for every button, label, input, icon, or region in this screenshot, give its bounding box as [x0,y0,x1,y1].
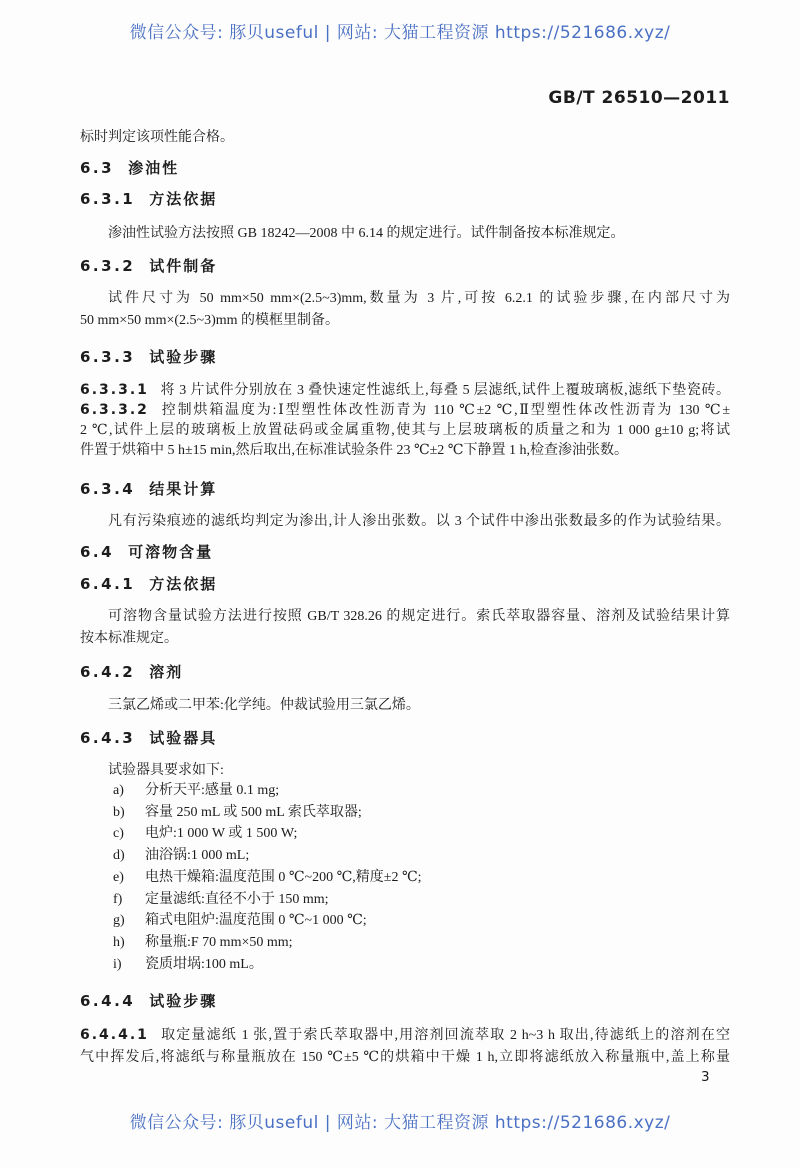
paragraph-6-4-4-1: 6.4.4.1取定量滤纸 1 张,置于索氏萃取器中,用溶剂回流萃取 2 h~3 … [80,1024,730,1069]
paragraph-6-4-2: 三氯乙烯或二甲苯:化学纯。仲裁试验用三氯乙烯。 [80,695,730,717]
heading-title: 方法依据 [149,190,217,208]
section-heading-6-4-2: 6.4.2溶剂 [80,662,730,682]
text-line: 三氯乙烯或二甲苯:化学纯。仲裁试验用三氯乙烯。 [80,695,730,717]
text-line: 试验器具要求如下: [80,760,730,782]
heading-title: 试验步骤 [149,992,217,1010]
section-heading-6-3-4: 6.3.4结果计算 [80,479,730,499]
heading-number: 6.3.3 [80,348,135,366]
equipment-list: a)分析天平:感量 0.1 mg; b)容量 250 mL 或 500 mL 索… [113,780,730,975]
paragraph-6-3-1: 渗油性试验方法按照 GB 18242—2008 中 6.14 的规定进行。试件制… [80,223,730,245]
clause-text: 将 3 片试件分别放在 3 叠快速定性滤纸上,每叠 5 层滤纸,试件上覆玻璃板,… [160,383,730,398]
clause-number: 6.3.3.1 [80,382,149,398]
section-heading-6-4-1: 6.4.1方法依据 [80,574,730,594]
paragraph-6-3-3-2: 6.3.3.2控制烘箱温度为:Ⅰ型塑性体改性沥青为 110 ℃±2 ℃,Ⅱ型塑性… [80,400,730,461]
section-heading-6-4-4: 6.4.4试验步骤 [80,991,730,1011]
text-line: 渗油性试验方法按照 GB 18242—2008 中 6.14 的规定进行。试件制… [80,223,730,245]
text-line: 凡有污染痕迹的滤纸均判定为渗出,计人渗出张数。以 3 个试件中渗出张数最多的作为… [80,511,730,533]
heading-number: 6.4.4 [80,992,135,1010]
list-item: h)称量瓶:F 70 mm×50 mm; [113,932,730,954]
paragraph-6-4-1: 可溶物含量试验方法进行按照 GB/T 328.26 的规定进行。索氏萃取器容量、… [80,606,730,650]
page-number: 3 [701,1069,710,1085]
heading-number: 6.3.2 [80,257,135,275]
text-line: 6.3.3.1将 3 片试件分别放在 3 叠快速定性滤纸上,每叠 5 层滤纸,试… [80,379,730,402]
text-line: 50 mm×50 mm×(2.5~3)mm 的模框里制备。 [80,310,730,332]
clause-number: 6.3.3.2 [80,402,149,418]
heading-number: 6.4.2 [80,663,135,681]
heading-number: 6.3.4 [80,480,135,498]
list-marker: h) [113,932,130,954]
list-item: b)容量 250 mL 或 500 mL 索氏萃取器; [113,802,730,824]
section-heading-6-3-2: 6.3.2试件制备 [80,256,730,276]
heading-title: 试验器具 [149,729,217,747]
list-marker: f) [113,889,130,911]
list-item: c)电炉:1 000 W 或 1 500 W; [113,823,730,845]
list-item: d)油浴锅:1 000 mL; [113,845,730,867]
list-item: f)定量滤纸:直径不小于 150 mm; [113,889,730,911]
list-marker: g) [113,910,130,932]
list-item: g)箱式电阻炉:温度范围 0 ℃~1 000 ℃; [113,910,730,932]
paragraph-6-3-2: 试件尺寸为 50 mm×50 mm×(2.5~3)mm,数量为 3 片,可按 6… [80,288,730,332]
list-item-text: 油浴锅:1 000 mL; [145,848,249,863]
text-line: 标时判定该项性能合格。 [80,127,730,149]
heading-title: 溶剂 [149,663,183,681]
section-heading-6-3-3: 6.3.3试验步骤 [80,347,730,367]
list-item: a)分析天平:感量 0.1 mg; [113,780,730,802]
heading-number: 6.4 [80,543,114,561]
clause-text: 取定量滤纸 1 张,置于索氏萃取器中,用溶剂回流萃取 2 h~3 h 取出,待滤… [160,1028,730,1043]
list-marker: b) [113,802,130,824]
doc-number: GB/T 26510—2011 [548,88,730,108]
paragraph-continuation: 标时判定该项性能合格。 [80,127,730,149]
text-line: 可溶物含量试验方法进行按照 GB/T 328.26 的规定进行。索氏萃取器容量、… [80,606,730,628]
heading-title: 试件制备 [149,257,217,275]
header-promo-text: 微信公众号: 豚贝useful | 网站: 大猫工程资源 https://521… [0,18,800,43]
list-item-text: 箱式电阻炉:温度范围 0 ℃~1 000 ℃; [145,913,367,928]
text-line: 按本标准规定。 [80,628,730,650]
list-marker: d) [113,845,130,867]
text-line: 6.4.4.1取定量滤纸 1 张,置于索氏萃取器中,用溶剂回流萃取 2 h~3 … [80,1024,730,1047]
section-heading-6-3-1: 6.3.1方法依据 [80,189,730,209]
clause-text: 控制烘箱温度为:Ⅰ型塑性体改性沥青为 110 ℃±2 ℃,Ⅱ型塑性体改性沥青为 … [160,403,730,418]
text-line: 件置于烘箱中 5 h±15 min,然后取出,在标准试验条件 23 ℃±2 ℃下… [80,441,730,461]
paragraph-6-3-4: 凡有污染痕迹的滤纸均判定为渗出,计人渗出张数。以 3 个试件中渗出张数最多的作为… [80,511,730,533]
list-item-text: 电热干燥箱:温度范围 0 ℃~200 ℃,精度±2 ℃; [145,870,422,885]
heading-title: 试验步骤 [149,348,217,366]
list-item-text: 分析天平:感量 0.1 mg; [145,783,279,798]
heading-title: 渗油性 [128,159,179,177]
footer-promo-text: 微信公众号: 豚贝useful | 网站: 大猫工程资源 https://521… [0,1108,800,1133]
list-marker: a) [113,780,130,802]
heading-title: 方法依据 [149,575,217,593]
paragraph-6-3-3-1: 6.3.3.1将 3 片试件分别放在 3 叠快速定性滤纸上,每叠 5 层滤纸,试… [80,379,730,402]
heading-number: 6.4.1 [80,575,135,593]
list-item: i)瓷质坩埚:100 mL。 [113,954,730,976]
list-item: e)电热干燥箱:温度范围 0 ℃~200 ℃,精度±2 ℃; [113,867,730,889]
list-marker: c) [113,823,130,845]
list-item-text: 容量 250 mL 或 500 mL 索氏萃取器; [145,805,362,820]
section-heading-6-4: 6.4可溶物含量 [80,542,730,562]
heading-number: 6.4.3 [80,729,135,747]
heading-number: 6.3.1 [80,190,135,208]
section-heading-6-4-3: 6.4.3试验器具 [80,728,730,748]
document-page: 微信公众号: 豚贝useful | 网站: 大猫工程资源 https://521… [0,0,800,1168]
list-marker: i) [113,954,130,976]
heading-title: 结果计算 [149,480,217,498]
list-item-text: 瓷质坩埚:100 mL。 [145,957,263,972]
paragraph-6-4-3: 试验器具要求如下: [80,760,730,782]
list-item-text: 电炉:1 000 W 或 1 500 W; [145,826,297,841]
text-line: 气中挥发后,将滤纸与称量瓶放在 150 ℃±5 ℃的烘箱中干燥 1 h,立即将滤… [80,1047,730,1069]
list-marker: e) [113,867,130,889]
text-line: 6.3.3.2控制烘箱温度为:Ⅰ型塑性体改性沥青为 110 ℃±2 ℃,Ⅱ型塑性… [80,400,730,421]
list-item-text: 定量滤纸:直径不小于 150 mm; [145,892,329,907]
heading-number: 6.3 [80,159,114,177]
text-line: 试件尺寸为 50 mm×50 mm×(2.5~3)mm,数量为 3 片,可按 6… [80,288,730,310]
heading-title: 可溶物含量 [128,543,213,561]
text-line: 2 ℃,试件上层的玻璃板上放置砝码或金属重物,使其与上层玻璃板的质量之和为 1 … [80,421,730,441]
section-heading-6-3: 6.3渗油性 [80,158,730,178]
list-item-text: 称量瓶:F 70 mm×50 mm; [145,935,293,950]
clause-number: 6.4.4.1 [80,1027,149,1043]
